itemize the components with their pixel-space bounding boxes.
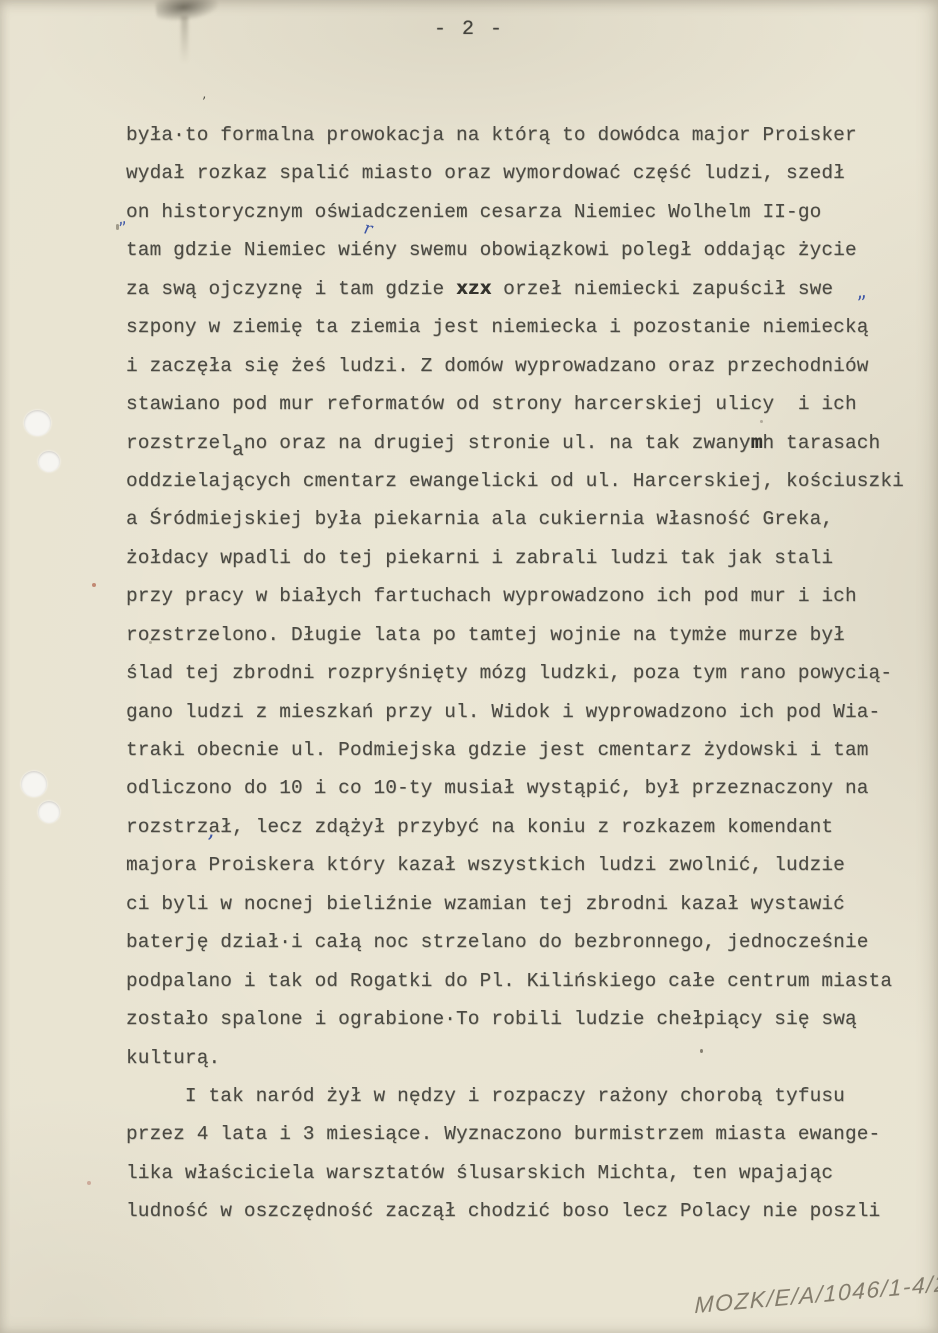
- typed-line: rozstrzelano oraz na drugiej stronie ul.…: [126, 424, 916, 462]
- typed-line: lika właściciela warsztatów ślusarskich …: [126, 1154, 916, 1192]
- scanned-typewritten-page: - 2 - była·to formalna prowokacja na któ…: [0, 0, 938, 1333]
- typed-line: on historycznym oświadczeniem cesarza Ni…: [126, 193, 916, 231]
- typed-line: a Śródmiejskiej była piekarnia ala cukie…: [126, 500, 916, 538]
- punch-hole: [38, 451, 60, 472]
- typed-line: przez 4 lata i 3 miesiące. Wyznaczono bu…: [126, 1115, 916, 1153]
- typed-line: ci byli w nocnej bieliźnie wzamian tej z…: [126, 885, 916, 923]
- page-number: - 2 -: [0, 18, 938, 41]
- paper-speck: [116, 224, 119, 230]
- typed-line: szpony w ziemię ta ziemia jest niemiecka…: [126, 308, 916, 346]
- typed-line: majora Proiskera który kazał wszystkich …: [126, 846, 916, 884]
- typed-line: rozstrzelono. Długie lata po tamtej wojn…: [126, 616, 916, 654]
- paper-speck: [87, 1181, 91, 1185]
- typed-line: była·to formalna prowokacja na którą to …: [126, 116, 916, 154]
- typed-line: baterję dział·i całą noc strzelano do be…: [126, 923, 916, 961]
- typed-line: kulturą.: [126, 1039, 916, 1077]
- typed-line: wydał rozkaz spalić miasto oraz wymordow…: [126, 154, 916, 192]
- typed-line: traki obecnie ul. Podmiejska gdzie jest …: [126, 731, 916, 769]
- typed-line: zostało spalone i ograbione·To robili lu…: [126, 1000, 916, 1038]
- typed-line: ślad tej zbrodni rozpryśnięty mózg ludzk…: [126, 654, 916, 692]
- typed-line: stawiano pod mur reformatów od strony ha…: [126, 385, 916, 423]
- typed-line: żołdacy wpadli do tej piekarni i zabrali…: [126, 539, 916, 577]
- typed-line: gano ludzi z mieszkań przy ul. Widok i w…: [126, 693, 916, 731]
- typed-line: rozstrzał, lecz zdążył przybyć na koniu …: [126, 808, 916, 846]
- punch-hole: [24, 410, 51, 436]
- paper-speck: [92, 583, 96, 587]
- typed-line: odliczono do 10 i co 10-ty musiał wystąp…: [126, 769, 916, 807]
- typed-line: I tak naród żył w nędzy i rozpaczy rażon…: [126, 1077, 916, 1115]
- typed-line: podpalano i tak od Rogatki do Pl. Kilińs…: [126, 962, 916, 1000]
- typed-line: tam gdzie Niemiec wiény swemu obowiązkow…: [126, 231, 916, 269]
- punch-hole: [38, 801, 60, 823]
- typed-line: i zaczęła się żeś ludzi. Z domów wyprowa…: [126, 347, 916, 385]
- archive-reference-pencil: MOZK/E/A/1046/1-4/2: [694, 1270, 938, 1319]
- typed-line: za swą ojczyznę i tam gdzie xzx orzeł ni…: [126, 270, 916, 308]
- typed-line: przy pracy w białych fartuchach wyprowad…: [126, 577, 916, 615]
- typed-text-body: była·to formalna prowokacja na którą to …: [126, 116, 916, 1231]
- punch-hole: [21, 771, 47, 797]
- stray-apostrophe: ’: [202, 95, 206, 110]
- typed-line: ludność w oszczędność zaczął chodzić bos…: [126, 1192, 916, 1230]
- typed-line: oddzielających cmentarz ewangelicki od u…: [126, 462, 916, 500]
